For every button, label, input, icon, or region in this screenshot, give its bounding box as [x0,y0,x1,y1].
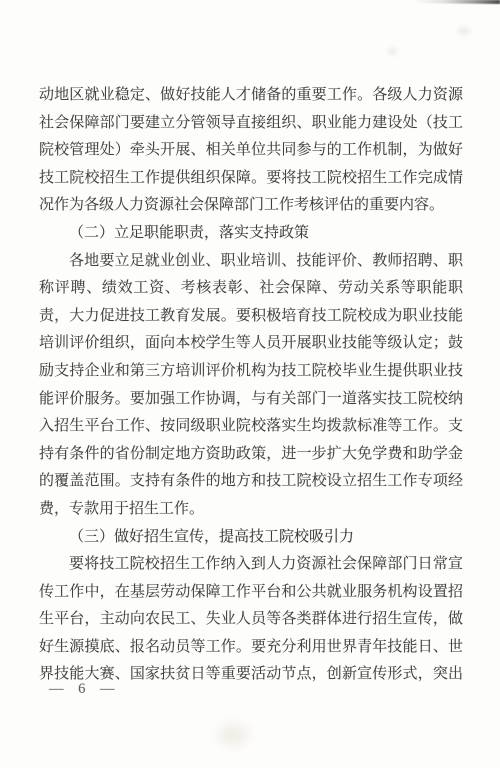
scan-smudge [218,724,248,746]
text-line: 各地要立足就业创业、职业培训、技能评价、教师招聘、职 [39,248,463,276]
text-line: 持有条件的省份制定地方资助政策，进一步扩大免学费和助学金 [39,441,463,469]
text-line: 称评聘、绩效工资、考核表彰、社会保障、劳动关系等职能职 [39,275,463,303]
scan-edge-artifact [414,0,500,4]
text-line: 生平台，主动向农民工、失业人员等各类群体进行招生宣传，做 [39,606,463,634]
scan-smudge [388,48,397,55]
text-line: 费，专款用于招生工作。 [39,496,463,524]
text-line: 院校管理处）牵头开展、相关单位共同参与的工作机制，为做好 [39,137,463,165]
text-line: 传工作中，在基层劳动保障工作平台和公共就业服务机构设置招 [39,579,463,607]
document-body: 动地区就业稳定、做好技能人才储备的重要工作。各级人力资源社会保障部门要建立分管领… [39,82,463,689]
text-line: 培训评价组织，面向本校学生等人员开展职业技能等级认定；鼓 [39,330,463,358]
scan-smudge [458,27,470,35]
text-line: 社会保障部门要建立分管领导直接组织、职业能力建设处（技工 [39,110,463,138]
text-line: 励支持企业和第三方培训评价机构为技工院校毕业生提供职业技 [39,358,463,386]
text-line: 的覆盖范围。支持有条件的地方和技工院校设立招生工作专项经 [39,468,463,496]
text-line: 要将技工院校招生工作纳入到人力资源社会保障部门日常宣 [39,551,463,579]
page-number: — 6 — [49,681,116,698]
text-line: 入招生平台工作、按同级职业院校落实生均拨款标准等工作。支 [39,413,463,441]
section-heading: （三）做好招生宣传，提高技工院校吸引力 [39,524,463,552]
text-line: 责，大力促进技工教育发展。要积极培育技工院校成为职业技能 [39,303,463,331]
text-line: 能评价服务。要加强工作协调，与有关部门一道落实技工院校纳 [39,386,463,414]
text-line: 好生源摸底、报名动员等工作。要充分利用世界青年技能日、世 [39,634,463,662]
section-heading: （二）立足职能职责，落实支持政策 [39,220,463,248]
text-line: 况作为各级人力资源社会保障部门工作考核评估的重要内容。 [39,192,463,220]
text-line: 技工院校招生工作提供组织保障。要将技工院校招生工作完成情 [39,165,463,193]
text-line: 动地区就业稳定、做好技能人才储备的重要工作。各级人力资源 [39,82,463,110]
scanned-document-page: 动地区就业稳定、做好技能人才储备的重要工作。各级人力资源社会保障部门要建立分管领… [0,0,500,768]
